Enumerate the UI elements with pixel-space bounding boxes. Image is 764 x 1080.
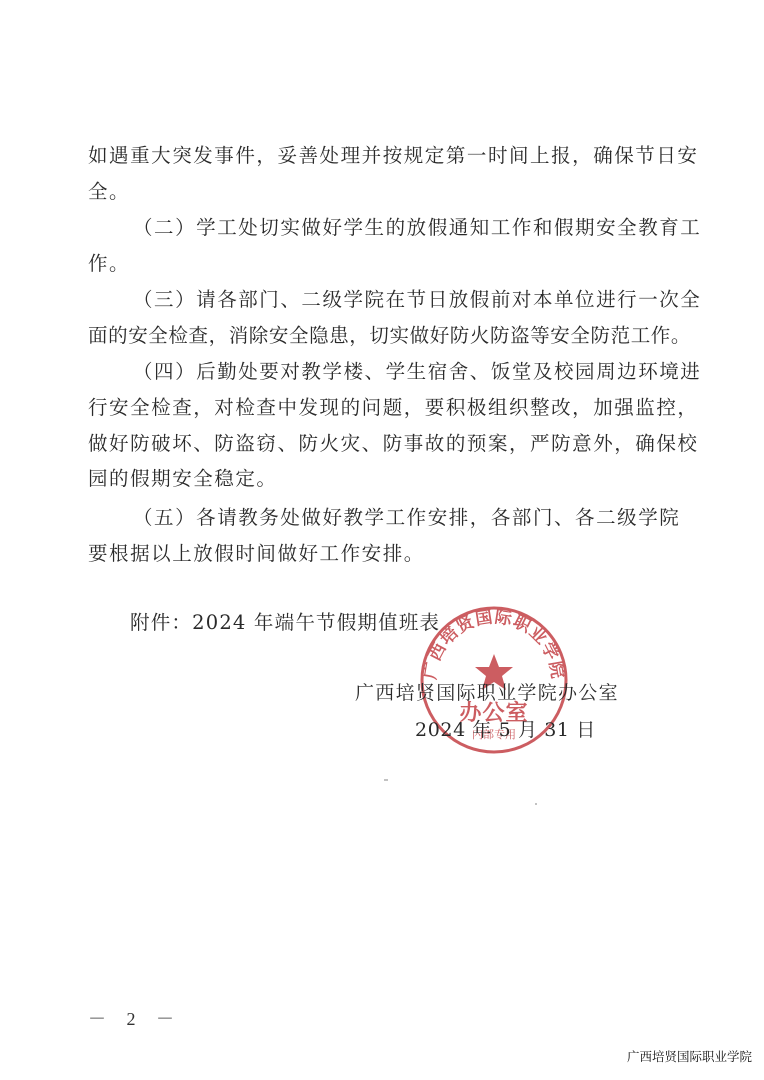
paragraph-4-line-2: 行安全检查，对检查中发现的问题，要积极组织整改，加强监控， xyxy=(88,396,698,420)
paragraph-4-line-3: 做好防破坏、防盗窃、防火灾、防事故的预案，严防意外，确保校 xyxy=(88,432,698,456)
issue-date: 2024 年 5 月 31 日 xyxy=(415,718,596,742)
footer-brand: 广西培贤国际职业学院 xyxy=(627,1047,752,1065)
document-page: 如遇重大突发事件，妥善处理并按规定第一时间上报，确保节日安 全。 （二）学工处切… xyxy=(0,0,764,1080)
scan-speck xyxy=(384,779,388,781)
scan-speck xyxy=(535,803,537,805)
paragraph-3-line-2: 面的安全检查，消除安全隐患，切实做好防火防盗等安全防范工作。 xyxy=(88,324,691,348)
paragraph-5-line-2: 要根据以上放假时间做好工作安排。 xyxy=(88,542,425,566)
paragraph-2-line-1: （二）学工处切实做好学生的放假通知工作和假期安全教育工 xyxy=(133,216,701,240)
issuer-name: 广西培贤国际职业学院办公室 xyxy=(355,681,619,705)
paragraph-1-line-2: 全。 xyxy=(88,180,130,204)
paragraph-3-line-1: （三）请各部门、二级学院在节日放假前对本单位进行一次全 xyxy=(133,288,701,312)
page-number: － 2 － xyxy=(88,1005,182,1031)
paragraph-4-line-1: （四）后勤处要对教学楼、学生宿舍、饭堂及校园周边环境进 xyxy=(133,360,701,384)
paragraph-4-line-4: 园的假期安全稳定。 xyxy=(88,467,277,491)
paragraph-5-line-1: （五）各请教务处做好教学工作安排，各部门、各二级学院 xyxy=(133,506,680,530)
paragraph-2-line-2: 作。 xyxy=(88,252,130,276)
paragraph-1-line-1: 如遇重大突发事件，妥善处理并按规定第一时间上报，确保节日安 xyxy=(88,144,698,168)
attachment-line: 附件：2024 年端午节假期值班表 xyxy=(130,611,440,635)
